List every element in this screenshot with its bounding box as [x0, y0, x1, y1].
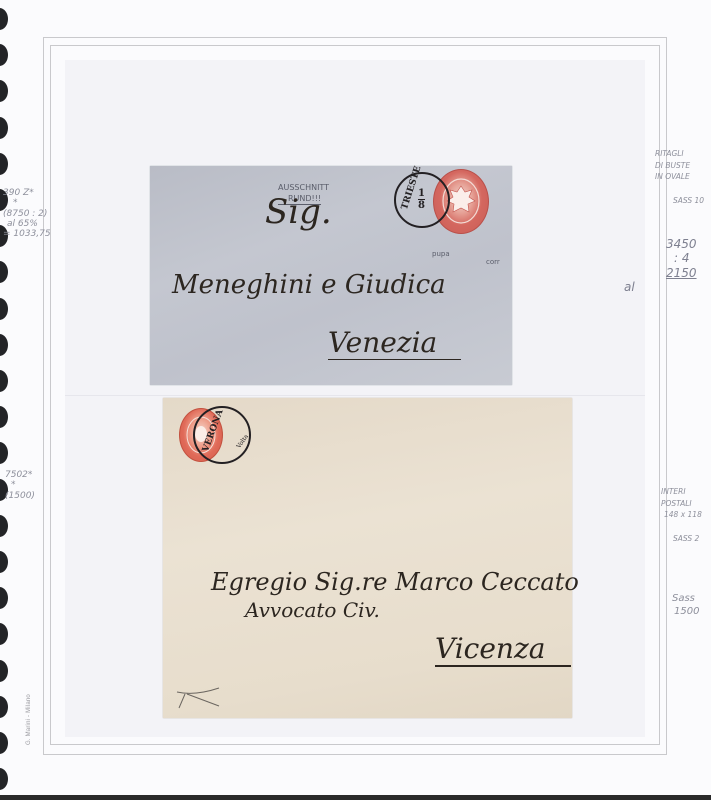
- left-note-1: 390 Z* * (8750 : 2) al 65% = 1033,75: [3, 188, 51, 240]
- binder-hole: [0, 298, 8, 320]
- right-note-2: INTERI POSTALI 148 x 118 SASS 2: [661, 486, 702, 544]
- binder-hole: [0, 442, 8, 464]
- address-line-3: Venezia: [328, 326, 461, 360]
- cover-verona: VERONA Volta Egregio Sig.re Marco Ceccat…: [163, 398, 572, 718]
- pencil-check-mark: [175, 686, 225, 710]
- binder-hole: [0, 732, 8, 754]
- pocket-divider: [65, 395, 645, 396]
- binder-hole: [0, 406, 8, 428]
- binder-hole: [0, 80, 8, 102]
- binder-hole: [0, 660, 8, 682]
- left-note-2: 7502* * (1500): [5, 470, 35, 501]
- binder-hole: [0, 261, 8, 283]
- address-line-2: Meneghini e Giudica: [172, 270, 446, 300]
- binder-hole: [0, 334, 8, 356]
- binder-hole: [0, 515, 8, 537]
- right-note-1: RITAGLI DI BUSTE IN OVALE SASS 10: [655, 148, 704, 206]
- address-line-2: Avvocato Civ.: [245, 598, 380, 622]
- binder-hole: [0, 153, 8, 175]
- binder-hole: [0, 696, 8, 718]
- cover-1-pencil-note-1: pupa: [432, 250, 450, 258]
- cover-1-pencil-note-2: corr: [486, 258, 500, 266]
- binder-hole: [0, 8, 8, 30]
- maker-imprint: G. Marini - Milano: [26, 694, 32, 745]
- right-note-2-value: Sass 1500: [672, 592, 699, 618]
- postmark-verona: VERONA Volta: [193, 406, 251, 464]
- address-line-1: Egregio Sig.re Marco Ceccato: [211, 568, 579, 596]
- cover-trieste: AUSSCHNITT RUND!!! TRIESTE 1 8 pupa corr…: [150, 166, 512, 385]
- right-note-1-calc: 3450 : 4 2150: [666, 237, 697, 280]
- binder-hole: [0, 44, 8, 66]
- binder-hole: [0, 587, 8, 609]
- binder-hole: [0, 768, 8, 790]
- right-note-1-mark: al: [624, 281, 635, 295]
- binder-hole: [0, 623, 8, 645]
- binder-hole: [0, 117, 8, 139]
- address-line-1: Sig.: [265, 192, 332, 232]
- binder-hole: [0, 551, 8, 573]
- binder-hole: [0, 370, 8, 392]
- postmark-trieste: TRIESTE 1 8: [394, 172, 450, 228]
- address-line-3: Vicenza: [435, 632, 571, 667]
- scan-bottom-edge: [0, 795, 711, 800]
